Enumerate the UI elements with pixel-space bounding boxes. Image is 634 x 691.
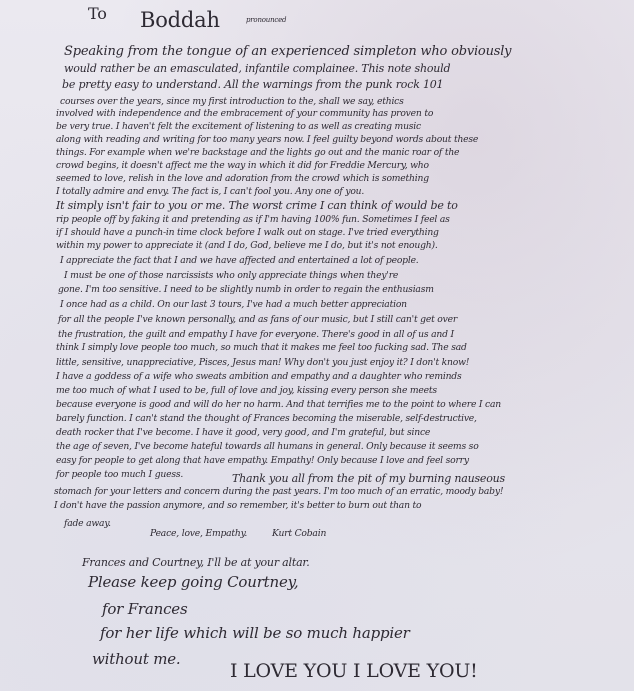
letter-line: seemed to love, relish in the love and a…: [56, 173, 429, 184]
letter-line: crowd begins, it doesn't affect me the w…: [56, 160, 429, 171]
salutation-to: To: [88, 4, 107, 23]
postscript-line: for Frances: [102, 600, 187, 618]
letter-line: be very true. I haven't felt the excitem…: [56, 121, 421, 132]
closing-signature: Kurt Cobain: [272, 528, 326, 539]
letter-line: I must be one of those narcissists who o…: [64, 270, 398, 281]
closing-peace: Peace, love, Empathy.: [150, 528, 247, 539]
letter-line: I don't have the passion anymore, and so…: [54, 500, 421, 511]
letter-line: Thank you all from the pit of my burning…: [232, 472, 505, 485]
letter-page: To Boddah pronounced Speaking from the t…: [0, 0, 634, 691]
letter-line: if I should have a punch-in time clock b…: [56, 227, 439, 238]
letter-line: Speaking from the tongue of an experienc…: [64, 44, 511, 59]
letter-line: easy for people to get along that have e…: [56, 455, 469, 466]
letter-line: death rocker that I've become. I have it…: [56, 427, 430, 438]
letter-line: I have a goddess of a wife who sweats am…: [56, 371, 462, 382]
letter-line: gone. I'm too sensitive. I need to be sl…: [58, 284, 434, 295]
letter-line: It simply isn't fair to you or me. The w…: [56, 199, 458, 212]
salutation-note: pronounced: [246, 16, 286, 24]
postscript-line: for her life which will be so much happi…: [100, 624, 410, 642]
postscript-line: Please keep going Courtney,: [88, 573, 298, 591]
letter-line: courses over the years, since my first i…: [60, 96, 404, 107]
letter-line: involved with independence and the embra…: [56, 108, 433, 119]
letter-line: within my power to appreciate it (and I …: [56, 240, 438, 251]
letter-line: think I simply love people too much, so …: [56, 342, 467, 353]
letter-line: me too much of what I used to be, full o…: [56, 385, 437, 396]
letter-line: I appreciate the fact that I and we have…: [60, 255, 419, 266]
letter-line: for all the people I've known personally…: [58, 314, 457, 325]
letter-line: would rather be an emasculated, infantil…: [64, 62, 450, 75]
postscript-line: without me.: [92, 650, 180, 668]
letter-line: rip people off by faking it and pretendi…: [56, 214, 450, 225]
letter-line: the age of seven, I've become hateful to…: [56, 441, 479, 452]
postscript-love: I LOVE YOU I LOVE YOU!: [230, 660, 478, 682]
letter-line: I once had as a child. On our last 3 tou…: [60, 299, 407, 310]
letter-line: fade away.: [64, 518, 111, 529]
letter-line: because everyone is good and will do her…: [56, 399, 501, 410]
letter-line: barely function. I can't stand the thoug…: [56, 413, 477, 424]
salutation-name: Boddah: [140, 8, 220, 32]
letter-line: be pretty easy to understand. All the wa…: [62, 78, 443, 91]
letter-line: I totally admire and envy. The fact is, …: [56, 186, 364, 197]
letter-line: for people too much I guess.: [56, 469, 183, 480]
letter-line: stomach for your letters and concern dur…: [54, 486, 503, 497]
letter-line: along with reading and writing for too m…: [56, 134, 478, 145]
letter-line: little, sensitive, unappreciative, Pisce…: [56, 357, 469, 368]
postscript-line: Frances and Courtney, I'll be at your al…: [82, 556, 310, 569]
letter-line: things. For example when we're backstage…: [56, 147, 459, 158]
letter-line: the frustration, the guilt and empathy I…: [58, 329, 454, 340]
